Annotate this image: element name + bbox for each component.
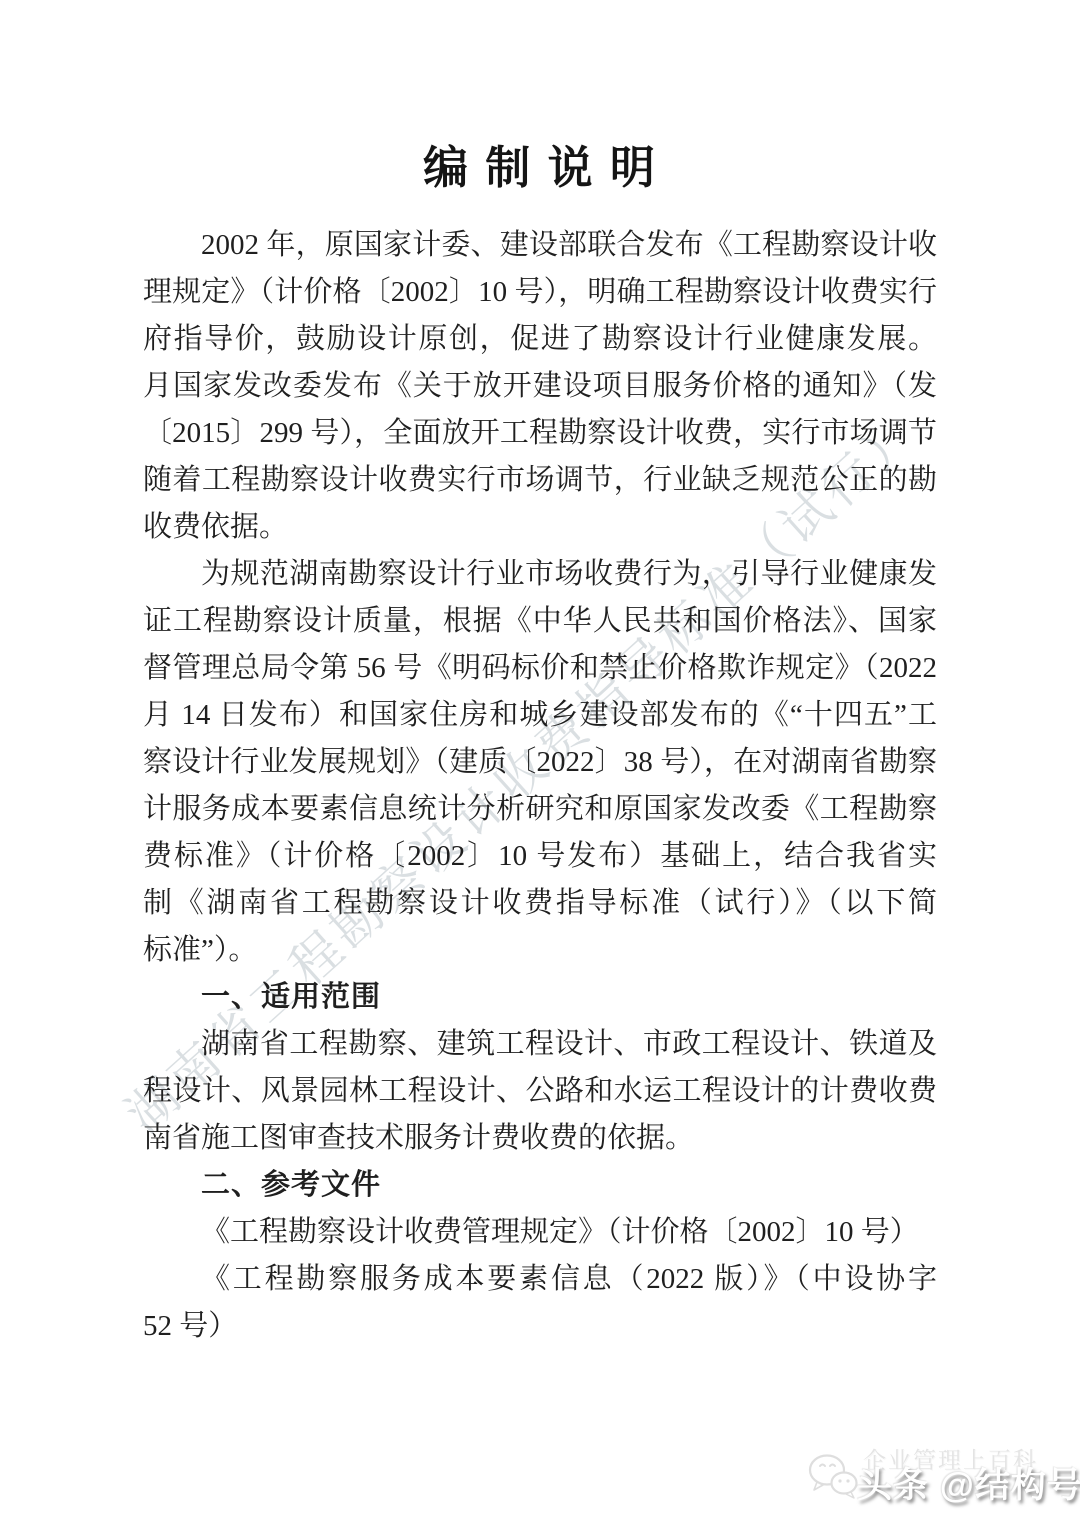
channel-watermark: 企业管理上百科 头条 @结构号角: [807, 1448, 1072, 1512]
text-line: 制《湖南省工程勘察设计收费指导标准（试行）》（以下简称“指导: [143, 880, 937, 927]
text-line: 一、适用范围: [143, 974, 937, 1021]
text-line: 理规定》（计价格〔2002〕10 号），明确工程勘察设计收费实行政: [143, 269, 937, 316]
badge-main-text: 头条 @结构号角: [857, 1458, 1080, 1508]
text-line: 南省施工图审查技术服务计费收费的依据。: [143, 1115, 937, 1162]
text-line: 〔2015〕299 号），全面放开工程勘察设计收费，实行市场调节价。: [143, 410, 937, 457]
text-line: 费标准》（计价格〔2002〕10 号发布）基础上，结合我省实际，编: [143, 833, 937, 880]
text-line: 2002 年，原国家计委、建设部联合发布《工程勘察设计收费管: [143, 222, 937, 269]
text-line: 府指导价，鼓励设计原创，促进了勘察设计行业健康发展。2015 年 2: [143, 316, 937, 363]
text-line: 二、参考文件: [143, 1162, 937, 1209]
text-line: 收费依据。: [143, 504, 937, 551]
text-line: 月国家发改委发布《关于放开建设项目服务价格的通知》（发改价格: [143, 363, 937, 410]
page-title: 编 制 说 明: [143, 142, 937, 194]
text-line: 标准”）。: [143, 927, 937, 974]
text-line: 证工程勘察设计质量，根据《中华人民共和国价格法》、国家市场监: [143, 598, 937, 645]
text-line: 督管理总局令第 56 号《明码标价和禁止价格欺诈规定》（2022 年 4: [143, 645, 937, 692]
wechat-icon: [807, 1451, 859, 1506]
text-line: 《工程勘察服务成本要素信息（2022 版）》（中设协字〔2022〕: [143, 1256, 937, 1303]
text-line: 为规范湖南勘察设计行业市场收费行为，引导行业健康发展，保: [143, 551, 937, 598]
text-line: 计服务成本要素信息统计分析研究和原国家发改委《工程勘察设计收: [143, 786, 937, 833]
text-line: 52 号）: [143, 1303, 937, 1350]
text-line: 月 14 日发布）和国家住房和城乡建设部发布的《“十四五”工程勘: [143, 692, 937, 739]
text-line: 随着工程勘察设计收费实行市场调节，行业缺乏规范公正的勘察设计: [143, 457, 937, 504]
text-line: 程设计、风景园林工程设计、公路和水运工程设计的计费收费以及湖: [143, 1068, 937, 1115]
document-body: 2002 年，原国家计委、建设部联合发布《工程勘察设计收费管理规定》（计价格〔2…: [143, 222, 937, 1350]
text-line: 《工程勘察设计收费管理规定》（计价格〔2002〕10 号）: [143, 1209, 937, 1256]
text-line: 湖南省工程勘察、建筑工程设计、市政工程设计、铁道及轨道工: [143, 1021, 937, 1068]
text-line: 察设计行业发展规划》（建质〔2022〕38 号），在对湖南省勘察设: [143, 739, 937, 786]
document-page: 编 制 说 明 2002 年，原国家计委、建设部联合发布《工程勘察设计收费管理规…: [0, 0, 1080, 1350]
